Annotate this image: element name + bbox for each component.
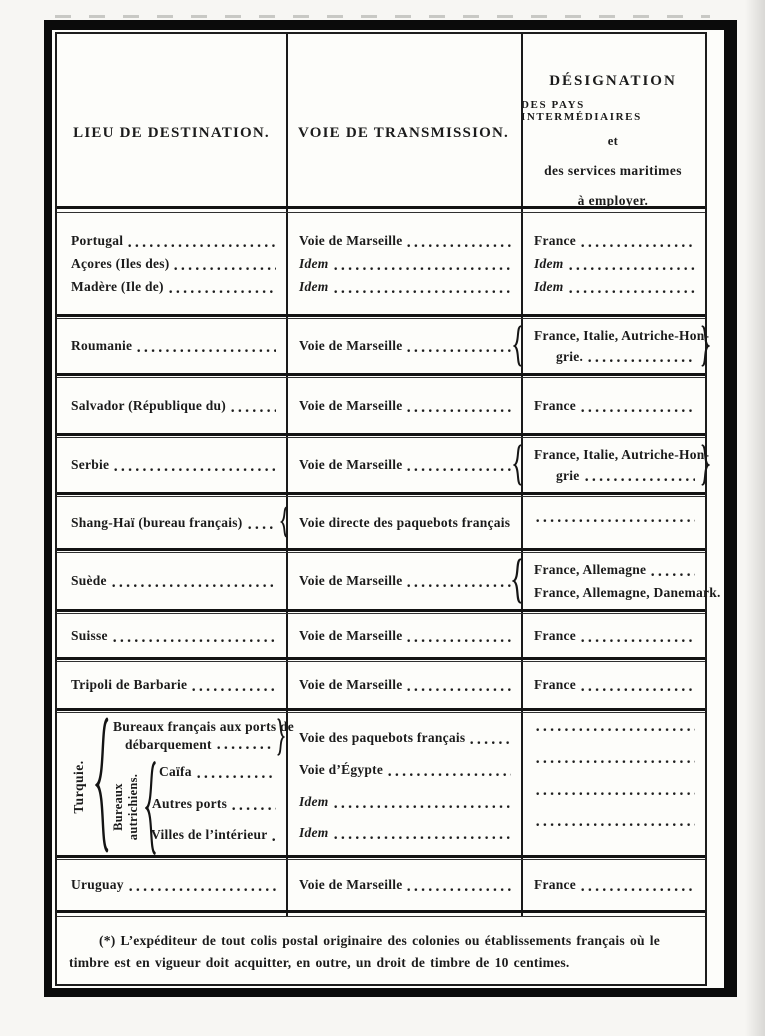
table: LIEU DE DESTINATION. VOIE DE TRANSMISSIO… — [57, 34, 705, 984]
header-designation-line: des services maritimes — [544, 156, 682, 186]
brace-right — [700, 325, 710, 367]
header-designation-line: DES PAYS INTERMÉDIAIRES — [521, 96, 705, 126]
intermediaries-label: France, Italie, Autriche-Hon- — [534, 325, 709, 346]
dotted-leader — [581, 408, 695, 413]
cell-transmission: Voie de Marseille — [286, 662, 521, 708]
cell-intermediaries: France, Italie, Autriche-Hon- grie. — [521, 319, 705, 373]
dotted-leader — [174, 266, 276, 271]
destination-label: Tripoli de Barbarie — [71, 674, 187, 696]
brace-right — [276, 718, 285, 756]
cell-transmission: Voie directe des paquebots français — [286, 497, 521, 548]
transmission-label: Voie de Marseille — [299, 674, 402, 696]
transmission-label: Voie de Marseille — [299, 335, 402, 357]
cell-transmission: Voie des paquebots français Voie d’Égypt… — [286, 713, 521, 855]
cell-intermediaries: France, Allemagne France, Allemagne, Dan… — [521, 553, 705, 609]
transmission-label: Voie de Marseille — [299, 874, 402, 896]
header-designation: DÉSIGNATION DES PAYS INTERMÉDIAIRES et d… — [521, 34, 705, 216]
dotted-leader — [334, 289, 512, 294]
destination-label: Villes de l’intérieur — [151, 824, 267, 846]
destination-label: débarquement — [125, 736, 212, 754]
intermediaries-label: France — [534, 395, 576, 417]
scan-streak — [55, 15, 710, 18]
cell-transmission: Voie de Marseille — [286, 378, 521, 433]
dotted-leader — [334, 835, 512, 840]
inner-frame: LIEU DE DESTINATION. VOIE DE TRANSMISSIO… — [55, 32, 707, 986]
destination-label: Caïfa — [159, 761, 192, 783]
table-end-separator — [57, 910, 705, 917]
dotted-leader — [192, 687, 276, 692]
destination-label: Bureaux français aux ports de — [113, 718, 294, 736]
dotted-leader — [217, 745, 271, 750]
destination-label: Serbie — [71, 454, 109, 476]
destination-label: Suède — [71, 570, 107, 592]
dotted-leader — [128, 243, 276, 248]
dotted-leader — [407, 687, 511, 692]
cell-transmission: Voie de Marseille — [286, 438, 521, 492]
cell-destination: Salvador (République du) — [57, 378, 286, 433]
turquie-austrian-offices-label: Bureaux autrichiens. — [111, 759, 143, 855]
brace-left — [95, 717, 110, 853]
dotted-leader — [651, 572, 695, 577]
header-designation-line: et — [608, 126, 619, 156]
cell-destination: Tripoli de Barbarie — [57, 662, 286, 708]
transmission-label: Idem — [299, 822, 329, 844]
intermediaries-label: France, Italie, Autriche-Hon- — [534, 444, 709, 465]
dotted-leader — [334, 804, 512, 809]
dotted-leader — [407, 408, 511, 413]
dotted-leader — [407, 348, 511, 353]
dotted-leader — [113, 638, 276, 643]
header-transmission: VOIE DE TRANSMISSION. — [286, 34, 521, 216]
footnote: (*) L’expéditeur de tout colis postal or… — [69, 930, 701, 974]
cell-destination: Turquie. Bureaux français aux ports de d… — [57, 713, 286, 855]
brace-right — [700, 444, 710, 486]
dotted-leader — [129, 887, 276, 892]
destination-label: Açores (Iles des) — [71, 252, 169, 275]
intermediaries-label: grie — [556, 465, 580, 486]
intermediaries-label: Idem — [534, 275, 564, 298]
dotted-leader — [197, 774, 276, 779]
cell-transmission: Voie de Marseille — [286, 614, 521, 657]
transmission-label: Voie directe des paquebots français — [299, 512, 510, 534]
cell-destination: Portugal Açores (Iles des) Madère (Ile d… — [57, 213, 286, 314]
intermediaries-label: France, Allemagne — [534, 558, 646, 581]
transmission-label: Voie de Marseille — [299, 625, 402, 647]
cell-destination: Uruguay — [57, 860, 286, 910]
destination-label: Autres ports — [152, 793, 227, 815]
intermediaries-label: France — [534, 874, 576, 896]
transmission-label: Voie de Marseille — [299, 454, 402, 476]
dotted-leader — [569, 266, 696, 271]
intermediaries-label: France — [534, 674, 576, 696]
row-tripoli: Tripoli de Barbarie Voie de Marseille Fr… — [57, 662, 705, 708]
row-portugal-group: Portugal Açores (Iles des) Madère (Ile d… — [57, 213, 705, 314]
header-destination: LIEU DE DESTINATION. — [57, 34, 286, 216]
dotted-leader — [114, 467, 276, 472]
transmission-label: Voie d’Égypte — [299, 759, 383, 781]
cell-transmission: Voie de Marseille — [286, 553, 521, 609]
dotted-leader — [272, 837, 276, 842]
transmission-label: Idem — [299, 791, 329, 813]
row-uruguay: Uruguay Voie de Marseille France — [57, 860, 705, 910]
row-suede: Suède Voie de Marseille France, Allemagn… — [57, 553, 705, 609]
turquie-group-label: Turquie. — [71, 721, 89, 853]
row-separator — [57, 206, 705, 213]
row-shanghai: Shang-Haï (bureau français) Voie directe… — [57, 497, 705, 548]
dotted-leader — [470, 740, 511, 745]
brace-left — [513, 444, 523, 486]
dotted-leader — [581, 887, 695, 892]
header-transmission-label: VOIE DE TRANSMISSION. — [298, 125, 509, 142]
cell-intermediaries — [521, 713, 705, 855]
dotted-leader — [231, 408, 276, 413]
dotted-leader — [334, 266, 512, 271]
dotted-leader — [581, 638, 695, 643]
transmission-label: Voie de Marseille — [299, 395, 402, 417]
cell-transmission: Voie de Marseille — [286, 860, 521, 910]
cell-intermediaries: France — [521, 614, 705, 657]
destination-label: Shang-Haï (bureau français) — [71, 512, 243, 534]
dotted-leader — [536, 727, 695, 732]
cell-transmission: Voie de Marseille — [286, 319, 521, 373]
intermediaries-label: France, Allemagne, Danemark. — [534, 581, 721, 604]
cell-intermediaries — [521, 497, 705, 548]
dotted-leader — [581, 687, 695, 692]
destination-label: Portugal — [71, 229, 123, 252]
brace-left — [513, 325, 523, 367]
transmission-label: Voie de Marseille — [299, 229, 402, 252]
destination-label: Madère (Ile de) — [71, 275, 164, 298]
dotted-leader — [569, 289, 696, 294]
cell-intermediaries: France, Italie, Autriche-Hon- grie — [521, 438, 705, 492]
cell-intermediaries: France Idem Idem — [521, 213, 705, 314]
dotted-leader — [112, 583, 276, 588]
dotted-leader — [407, 638, 511, 643]
transmission-label: Idem — [299, 275, 329, 298]
dotted-leader — [232, 806, 276, 811]
dotted-leader — [585, 477, 696, 482]
dotted-leader — [388, 772, 511, 777]
cell-transmission: Voie de Marseille Idem Idem — [286, 213, 521, 314]
dotted-leader — [588, 358, 695, 363]
dotted-leader — [536, 518, 695, 523]
destination-label: Uruguay — [71, 874, 124, 896]
intermediaries-label: Idem — [534, 252, 564, 275]
cell-intermediaries: France — [521, 662, 705, 708]
intermediaries-label: grie. — [556, 346, 583, 367]
cell-destination: Roumanie — [57, 319, 286, 373]
dotted-leader — [536, 822, 695, 827]
cell-destination: Serbie — [57, 438, 286, 492]
header-row: LIEU DE DESTINATION. VOIE DE TRANSMISSIO… — [57, 34, 705, 206]
intermediaries-label: France — [534, 625, 576, 647]
cell-intermediaries: France — [521, 378, 705, 433]
dotted-leader — [407, 583, 511, 588]
outer-frame: LIEU DE DESTINATION. VOIE DE TRANSMISSIO… — [44, 20, 737, 997]
header-designation-line: DÉSIGNATION — [549, 66, 677, 96]
dotted-leader — [581, 243, 695, 248]
cell-destination: Suède — [57, 553, 286, 609]
destination-label: Suisse — [71, 625, 108, 647]
cell-intermediaries: France — [521, 860, 705, 910]
dotted-leader — [169, 289, 276, 294]
transmission-label: Voie des paquebots français — [299, 727, 465, 749]
row-suisse: Suisse Voie de Marseille France — [57, 614, 705, 657]
dotted-leader — [536, 791, 695, 796]
header-destination-label: LIEU DE DESTINATION. — [73, 125, 270, 142]
row-salvador: Salvador (République du) Voie de Marseil… — [57, 378, 705, 433]
row-roumanie: Roumanie Voie de Marseille France, Itali… — [57, 319, 705, 373]
row-serbie: Serbie Voie de Marseille France, Italie,… — [57, 438, 705, 492]
dotted-leader — [407, 467, 511, 472]
dotted-leader — [407, 887, 511, 892]
transmission-label: Voie de Marseille — [299, 570, 402, 592]
row-turquie-group: Turquie. Bureaux français aux ports de d… — [57, 713, 705, 855]
dotted-leader — [536, 759, 695, 764]
dotted-leader — [248, 525, 276, 530]
cell-destination: Shang-Haï (bureau français) — [57, 497, 286, 548]
transmission-label: Idem — [299, 252, 329, 275]
scan-edge — [745, 0, 765, 1036]
brace-left — [512, 558, 523, 604]
dotted-leader — [137, 348, 276, 353]
destination-label: Roumanie — [71, 335, 132, 357]
cell-destination: Suisse — [57, 614, 286, 657]
dotted-leader — [407, 243, 511, 248]
intermediaries-label: France — [534, 229, 576, 252]
destination-label: Salvador (République du) — [71, 395, 226, 417]
